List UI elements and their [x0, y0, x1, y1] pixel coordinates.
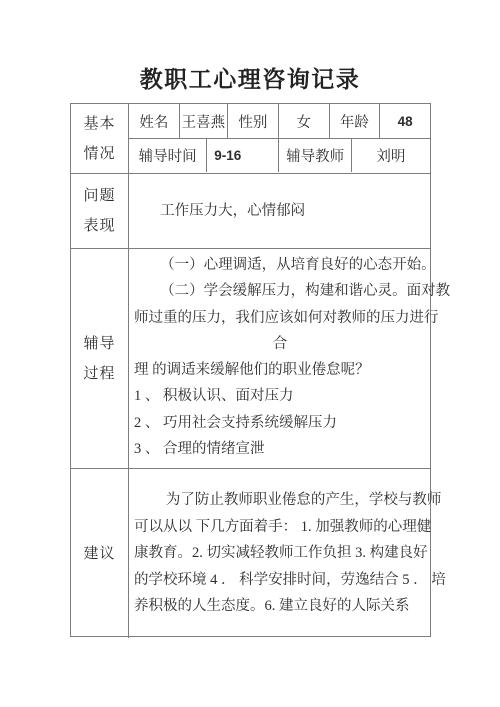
page-title: 教职工心理咨询记录 — [0, 61, 500, 94]
counsel-time-label: 辅导时间 — [129, 139, 207, 172]
problem-content: 工作压力大，心情郁闷 — [129, 174, 430, 248]
gender-value: 女 — [279, 104, 330, 138]
suggestion-header: 建议 — [71, 469, 129, 638]
problem-text: 工作压力大，心情郁闷 — [134, 198, 305, 224]
counsel-teacher-label: 辅导教师 — [279, 139, 351, 172]
age-value: 48 — [380, 104, 430, 138]
basic-info-header: 基本 情况 — [71, 104, 129, 173]
process-header-line2: 过程 — [83, 359, 115, 389]
name-value: 王喜燕 — [180, 104, 228, 138]
suggestion-content: 为了防止教师职业倦怠的产生，学校与教师 可以从以 下几方面着手： 1. 加强教师… — [129, 469, 430, 638]
basic-info-row2: 辅导时间 9-16 辅导教师 刘明 — [129, 139, 430, 172]
process-line: 1 、 积极认识、面对压力 — [134, 383, 426, 409]
process-line: 2 、 巧用社会支持系统缓解压力 — [134, 410, 426, 436]
problem-header: 问题 表现 — [71, 174, 129, 248]
counsel-teacher-value: 刘明 — [352, 139, 430, 172]
suggestion-line: 康教育。2. 切实减轻教师工作负担 3. 构建良好 — [134, 540, 426, 567]
name-label: 姓名 — [129, 104, 180, 138]
document-page: 教职工心理咨询记录 基本 情况 姓名 王喜燕 性别 女 年龄 48 辅导时间 9… — [0, 0, 500, 707]
basic-info-content: 姓名 王喜燕 性别 女 年龄 48 辅导时间 9-16 辅导教师 刘明 — [129, 104, 430, 173]
basic-info-row1: 姓名 王喜燕 性别 女 年龄 48 — [129, 104, 430, 139]
process-line: 3 、 合理的情绪宣泄 — [134, 436, 426, 462]
counsel-time-value: 9-16 — [207, 139, 279, 172]
section-process: 辅导 过程 （一）心理调适，从培育良好的心态开始。 （二）学会缓解压力，构建和谐… — [71, 248, 430, 468]
suggestion-line: 可以从以 下几方面着手： 1. 加强教师的心理健 — [134, 514, 426, 541]
process-header-line1: 辅导 — [83, 329, 115, 359]
problem-header-line1: 问题 — [83, 181, 115, 211]
suggestion-line: 养积极的人生态度。6. 建立良好的人际关系 — [134, 593, 426, 620]
suggestion-line: 为了防止教师职业倦怠的产生，学校与教师 — [134, 487, 426, 514]
gender-label: 性别 — [228, 104, 279, 138]
process-line: （二）学会缓解压力，构建和谐心灵。面对教 — [134, 278, 426, 304]
basic-info-header-line2: 情况 — [83, 139, 115, 169]
section-basic-info: 基本 情况 姓名 王喜燕 性别 女 年龄 48 辅导时间 9-16 辅导教师 刘… — [71, 104, 430, 173]
section-problem: 问题 表现 工作压力大，心情郁闷 — [71, 173, 430, 248]
process-line: 师过重的压力，我们应该如何对教师的压力进行 — [134, 305, 426, 331]
section-suggestion: 建议 为了防止教师职业倦怠的产生，学校与教师 可以从以 下几方面着手： 1. 加… — [71, 468, 430, 638]
suggestion-header-label: 建议 — [83, 539, 115, 569]
process-line: （一）心理调适，从培育良好的心态开始。 — [134, 252, 426, 278]
basic-info-header-line1: 基本 — [83, 109, 115, 139]
process-line: 理 的调适来缓解他们的职业倦怠呢？ — [134, 357, 426, 383]
process-line: 合 — [134, 331, 426, 357]
problem-header-line2: 表现 — [83, 211, 115, 241]
process-header: 辅导 过程 — [71, 249, 129, 468]
suggestion-line: 的学校环境 4 ． 科学安排时间，劳逸结合 5 ． 培 — [134, 567, 426, 594]
age-label: 年龄 — [330, 104, 381, 138]
counseling-record-table: 基本 情况 姓名 王喜燕 性别 女 年龄 48 辅导时间 9-16 辅导教师 刘… — [70, 103, 431, 637]
process-content: （一）心理调适，从培育良好的心态开始。 （二）学会缓解压力，构建和谐心灵。面对教… — [129, 249, 430, 468]
